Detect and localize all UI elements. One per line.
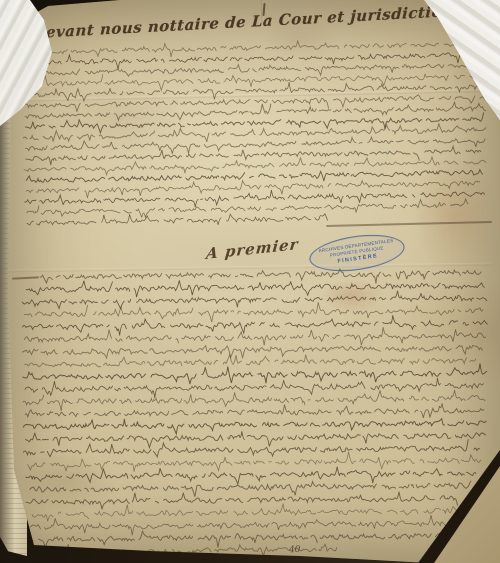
parchment-sheet: Devant nous nottaire de La Cour et juris…	[0, 0, 500, 563]
photo-vignette	[0, 0, 500, 563]
archival-photo: Devant nous nottaire de La Cour et juris…	[0, 0, 500, 563]
